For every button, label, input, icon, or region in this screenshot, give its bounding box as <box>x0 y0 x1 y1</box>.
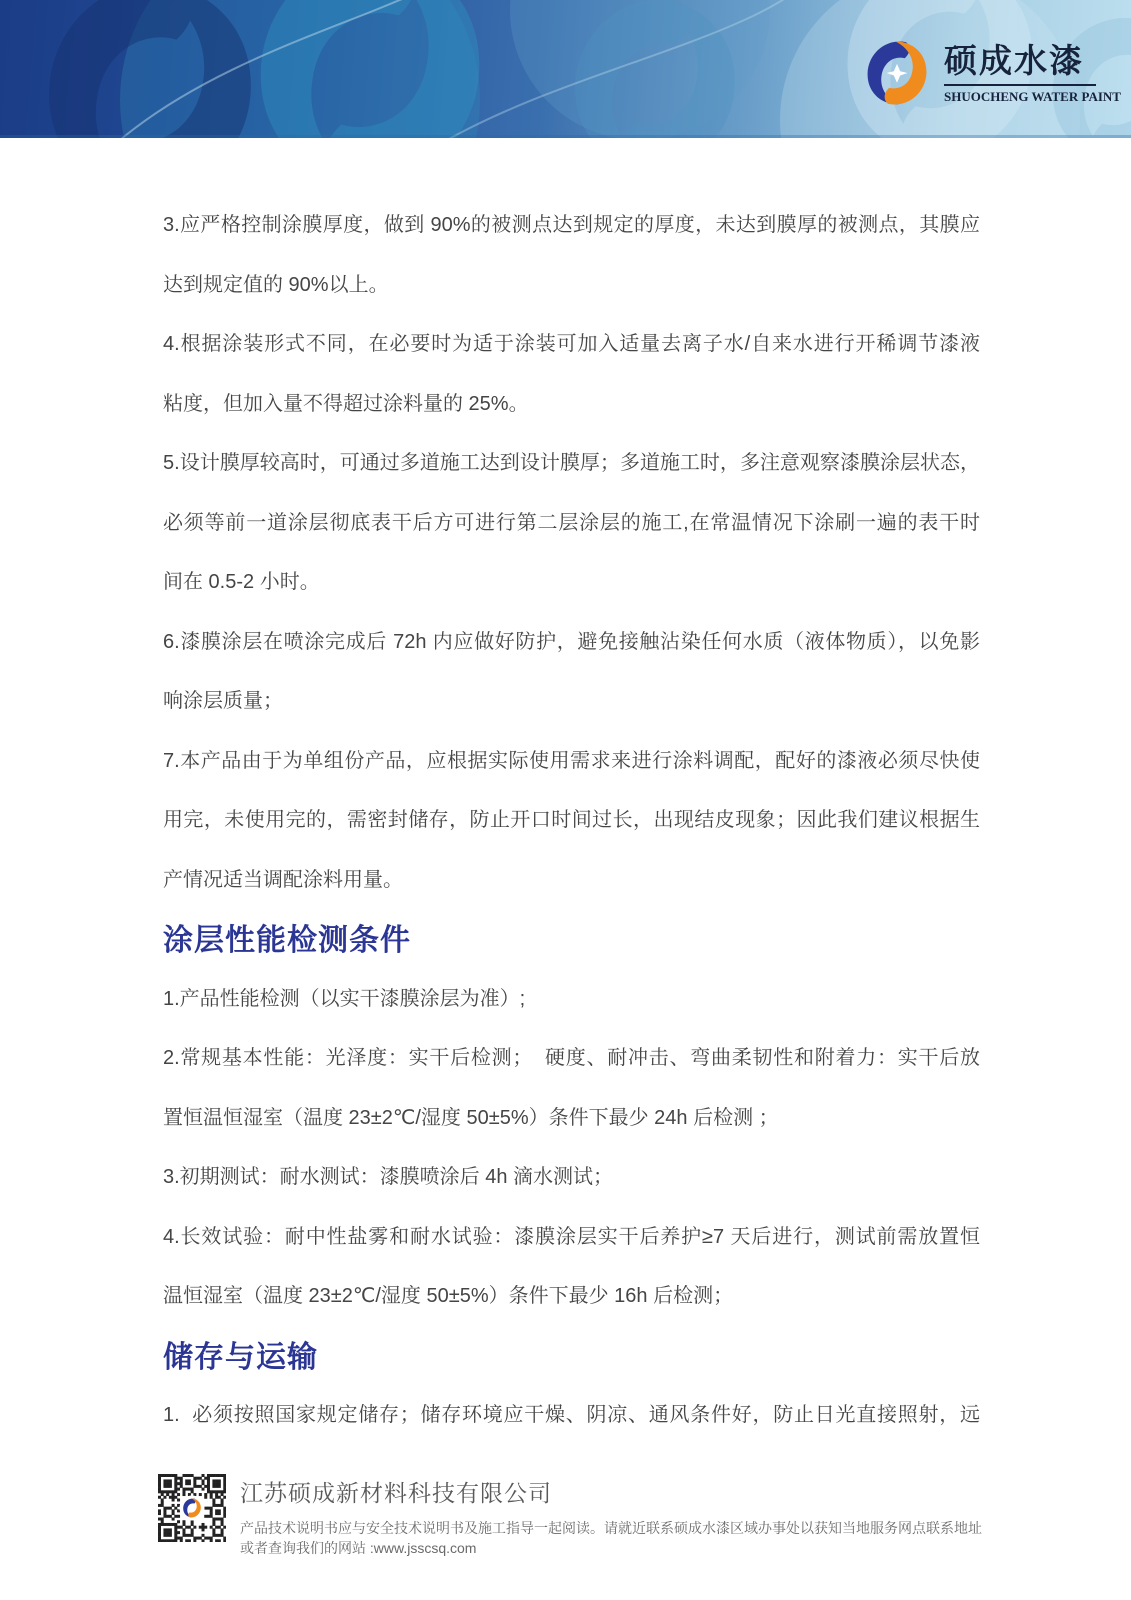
company-name: 江苏硕成新材料科技有限公司 <box>240 1475 982 1508</box>
body-line: 粘度，但加入量不得超过涂料量的 25%。 <box>163 375 980 435</box>
body-line: 7.本产品由于为单组份产品，应根据实际使用需求来进行涂料调配，配好的漆液必须尽快… <box>163 732 980 792</box>
body-line: 4.长效试验：耐中性盐雾和耐水试验：漆膜涂层实干后养护≥7 天后进行，测试前需放… <box>163 1208 980 1268</box>
body-line: 必须等前一道涂层彻底表干后方可进行第二层涂层的施工,在常温情况下涂刷一遍的表干时 <box>163 494 980 554</box>
body-line: 达到规定值的 90%以上。 <box>163 256 980 316</box>
header-banner: 硕成水漆 SHUOCHENG WATER PAINT <box>0 0 1131 138</box>
body-line: 2.常规基本性能：光泽度：实干后检测； 硬度、耐冲击、弯曲柔韧性和附着力：实干后… <box>163 1029 980 1089</box>
body-line: 用完，未使用完的，需密封储存，防止开口时间过长，出现结皮现象；因此我们建议根据生 <box>163 791 980 851</box>
s-swirl-icon <box>862 34 932 112</box>
qr-code <box>158 1474 226 1542</box>
body-line: 1. 必须按照国家规定储存；储存环境应干燥、阴凉、通风条件好，防止日光直接照射，… <box>163 1386 980 1446</box>
body-line: 5.设计膜厚较高时，可通过多道施工达到设计膜厚；多道施工时，多注意观察漆膜涂层状… <box>163 434 980 494</box>
body-line: 3.初期测试：耐水测试：漆膜喷涂后 4h 滴水测试； <box>163 1148 980 1208</box>
section-heading: 涂层性能检测条件 <box>163 910 980 970</box>
brand-text: 硕成水漆 SHUOCHENG WATER PAINT <box>944 34 1094 103</box>
section-heading: 储存与运输 <box>163 1327 980 1387</box>
body-line: 间在 0.5-2 小时。 <box>163 553 980 613</box>
document-body: 3.应严格控制涂膜厚度，做到 90%的被测点达到规定的厚度，未达到膜厚的被测点，… <box>163 196 980 1446</box>
body-line: 6.漆膜涂层在喷涂完成后 72h 内应做好防护，避免接触沾染任何水质（液体物质）… <box>163 613 980 673</box>
brand-name-cn: 硕成水漆 <box>944 46 1094 79</box>
body-line: 1.产品性能检测（以实干漆膜涂层为准）; <box>163 970 980 1030</box>
brand-logo: 硕成水漆 SHUOCHENG WATER PAINT <box>862 34 1094 112</box>
footer-note-line2: 或者查询我们的网站 :www.jsscsq.com <box>240 1539 982 1559</box>
body-line: 响涂层质量； <box>163 672 980 732</box>
body-line: 产情况适当调配涂料用量。 <box>163 851 980 911</box>
qr-code-image <box>158 1474 226 1542</box>
footer: 江苏硕成新材料科技有限公司 产品技术说明书应与安全技术说明书及施工指导一起阅读。… <box>158 1474 998 1558</box>
body-line: 置恒温恒湿室（温度 23±2℃/湿度 50±5%）条件下最少 24h 后检测 ； <box>163 1089 980 1149</box>
document-page: 硕成水漆 SHUOCHENG WATER PAINT 3.应严格控制涂膜厚度，做… <box>0 0 1131 1600</box>
body-line: 4.根据涂装形式不同，在必要时为适于涂装可加入适量去离子水/自来水进行开稀调节漆… <box>163 315 980 375</box>
brand-name-en: SHUOCHENG WATER PAINT <box>944 90 1094 103</box>
footer-text: 江苏硕成新材料科技有限公司 产品技术说明书应与安全技术说明书及施工指导一起阅读。… <box>240 1474 982 1558</box>
footer-note-line1: 产品技术说明书应与安全技术说明书及施工指导一起阅读。请就近联系硕成水漆区域办事处… <box>240 1519 982 1539</box>
brand-divider <box>944 84 1096 86</box>
body-line: 3.应严格控制涂膜厚度，做到 90%的被测点达到规定的厚度，未达到膜厚的被测点，… <box>163 196 980 256</box>
body-line: 温恒湿室（温度 23±2℃/湿度 50±5%）条件下最少 16h 后检测； <box>163 1267 980 1327</box>
